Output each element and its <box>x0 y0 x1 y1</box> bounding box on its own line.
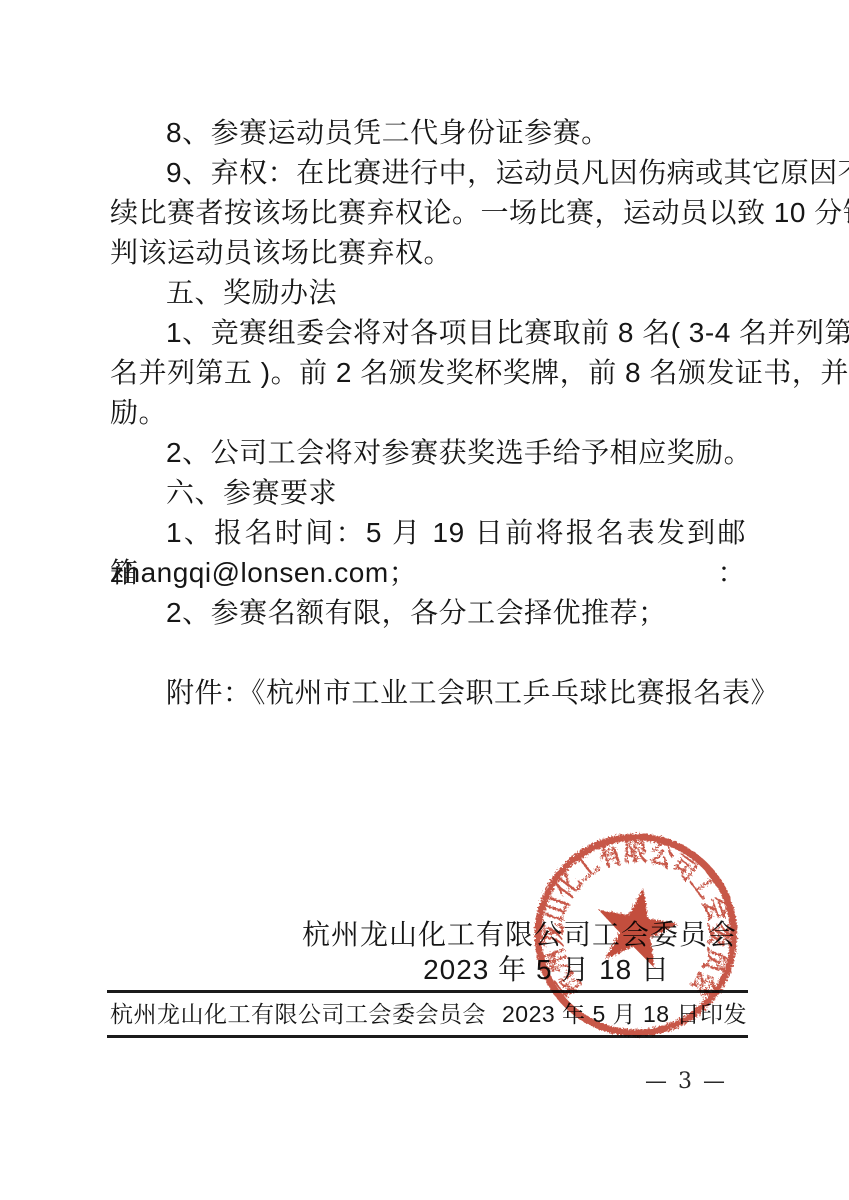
body-line: 2、公司工会将对参赛获奖选手给予相应奖励。 <box>110 433 746 473</box>
body-line: 2、参赛名额有限，各分工会择优推荐； <box>110 593 746 633</box>
body-line: 8、参赛运动员凭二代身份证参赛。 <box>110 113 746 153</box>
footer-issuer: 杭州龙山化工有限公司工会委会员会 <box>110 997 486 1031</box>
body-line: 1、报名时间：5 月 19 日前将报名表发到邮箱： <box>110 513 746 553</box>
blank-line <box>110 633 746 673</box>
body-line: 名并列第五 )。前 2 名颁发奖杯奖牌，前 8 名颁发证书，并给予奖 <box>110 353 746 393</box>
official-seal-stamp: 杭州龙山化工有限公司工会委员会 <box>529 828 743 1042</box>
body-line: 励。 <box>110 393 746 433</box>
seal-star-icon <box>590 881 683 971</box>
body-line: 判该运动员该场比赛弃权。 <box>110 233 746 273</box>
attachment-line: 附件：《杭州市工业工会职工乒乓球比赛报名表》 <box>110 673 746 713</box>
section-heading-awards: 五、奖励办法 <box>110 273 746 313</box>
document-body: 8、参赛运动员凭二代身份证参赛。 9、弃权：在比赛进行中，运动员凡因伤病或其它原… <box>110 113 746 713</box>
body-line: 1、竞赛组委会将对各项目比赛取前 8 名( 3-4 名并列第三 ,5-8 <box>110 313 746 353</box>
body-line: 续比赛者按该场比赛弃权论。一场比赛，运动员以致 10 分钟者， <box>110 193 746 233</box>
section-heading-requirements: 六、参赛要求 <box>110 473 746 513</box>
document-page: 8、参赛运动员凭二代身份证参赛。 9、弃权：在比赛进行中，运动员凡因伤病或其它原… <box>0 0 849 1200</box>
body-line: 9、弃权：在比赛进行中，运动员凡因伤病或其它原因不能继 <box>110 153 746 193</box>
page-number: — 3 — <box>645 1068 727 1096</box>
